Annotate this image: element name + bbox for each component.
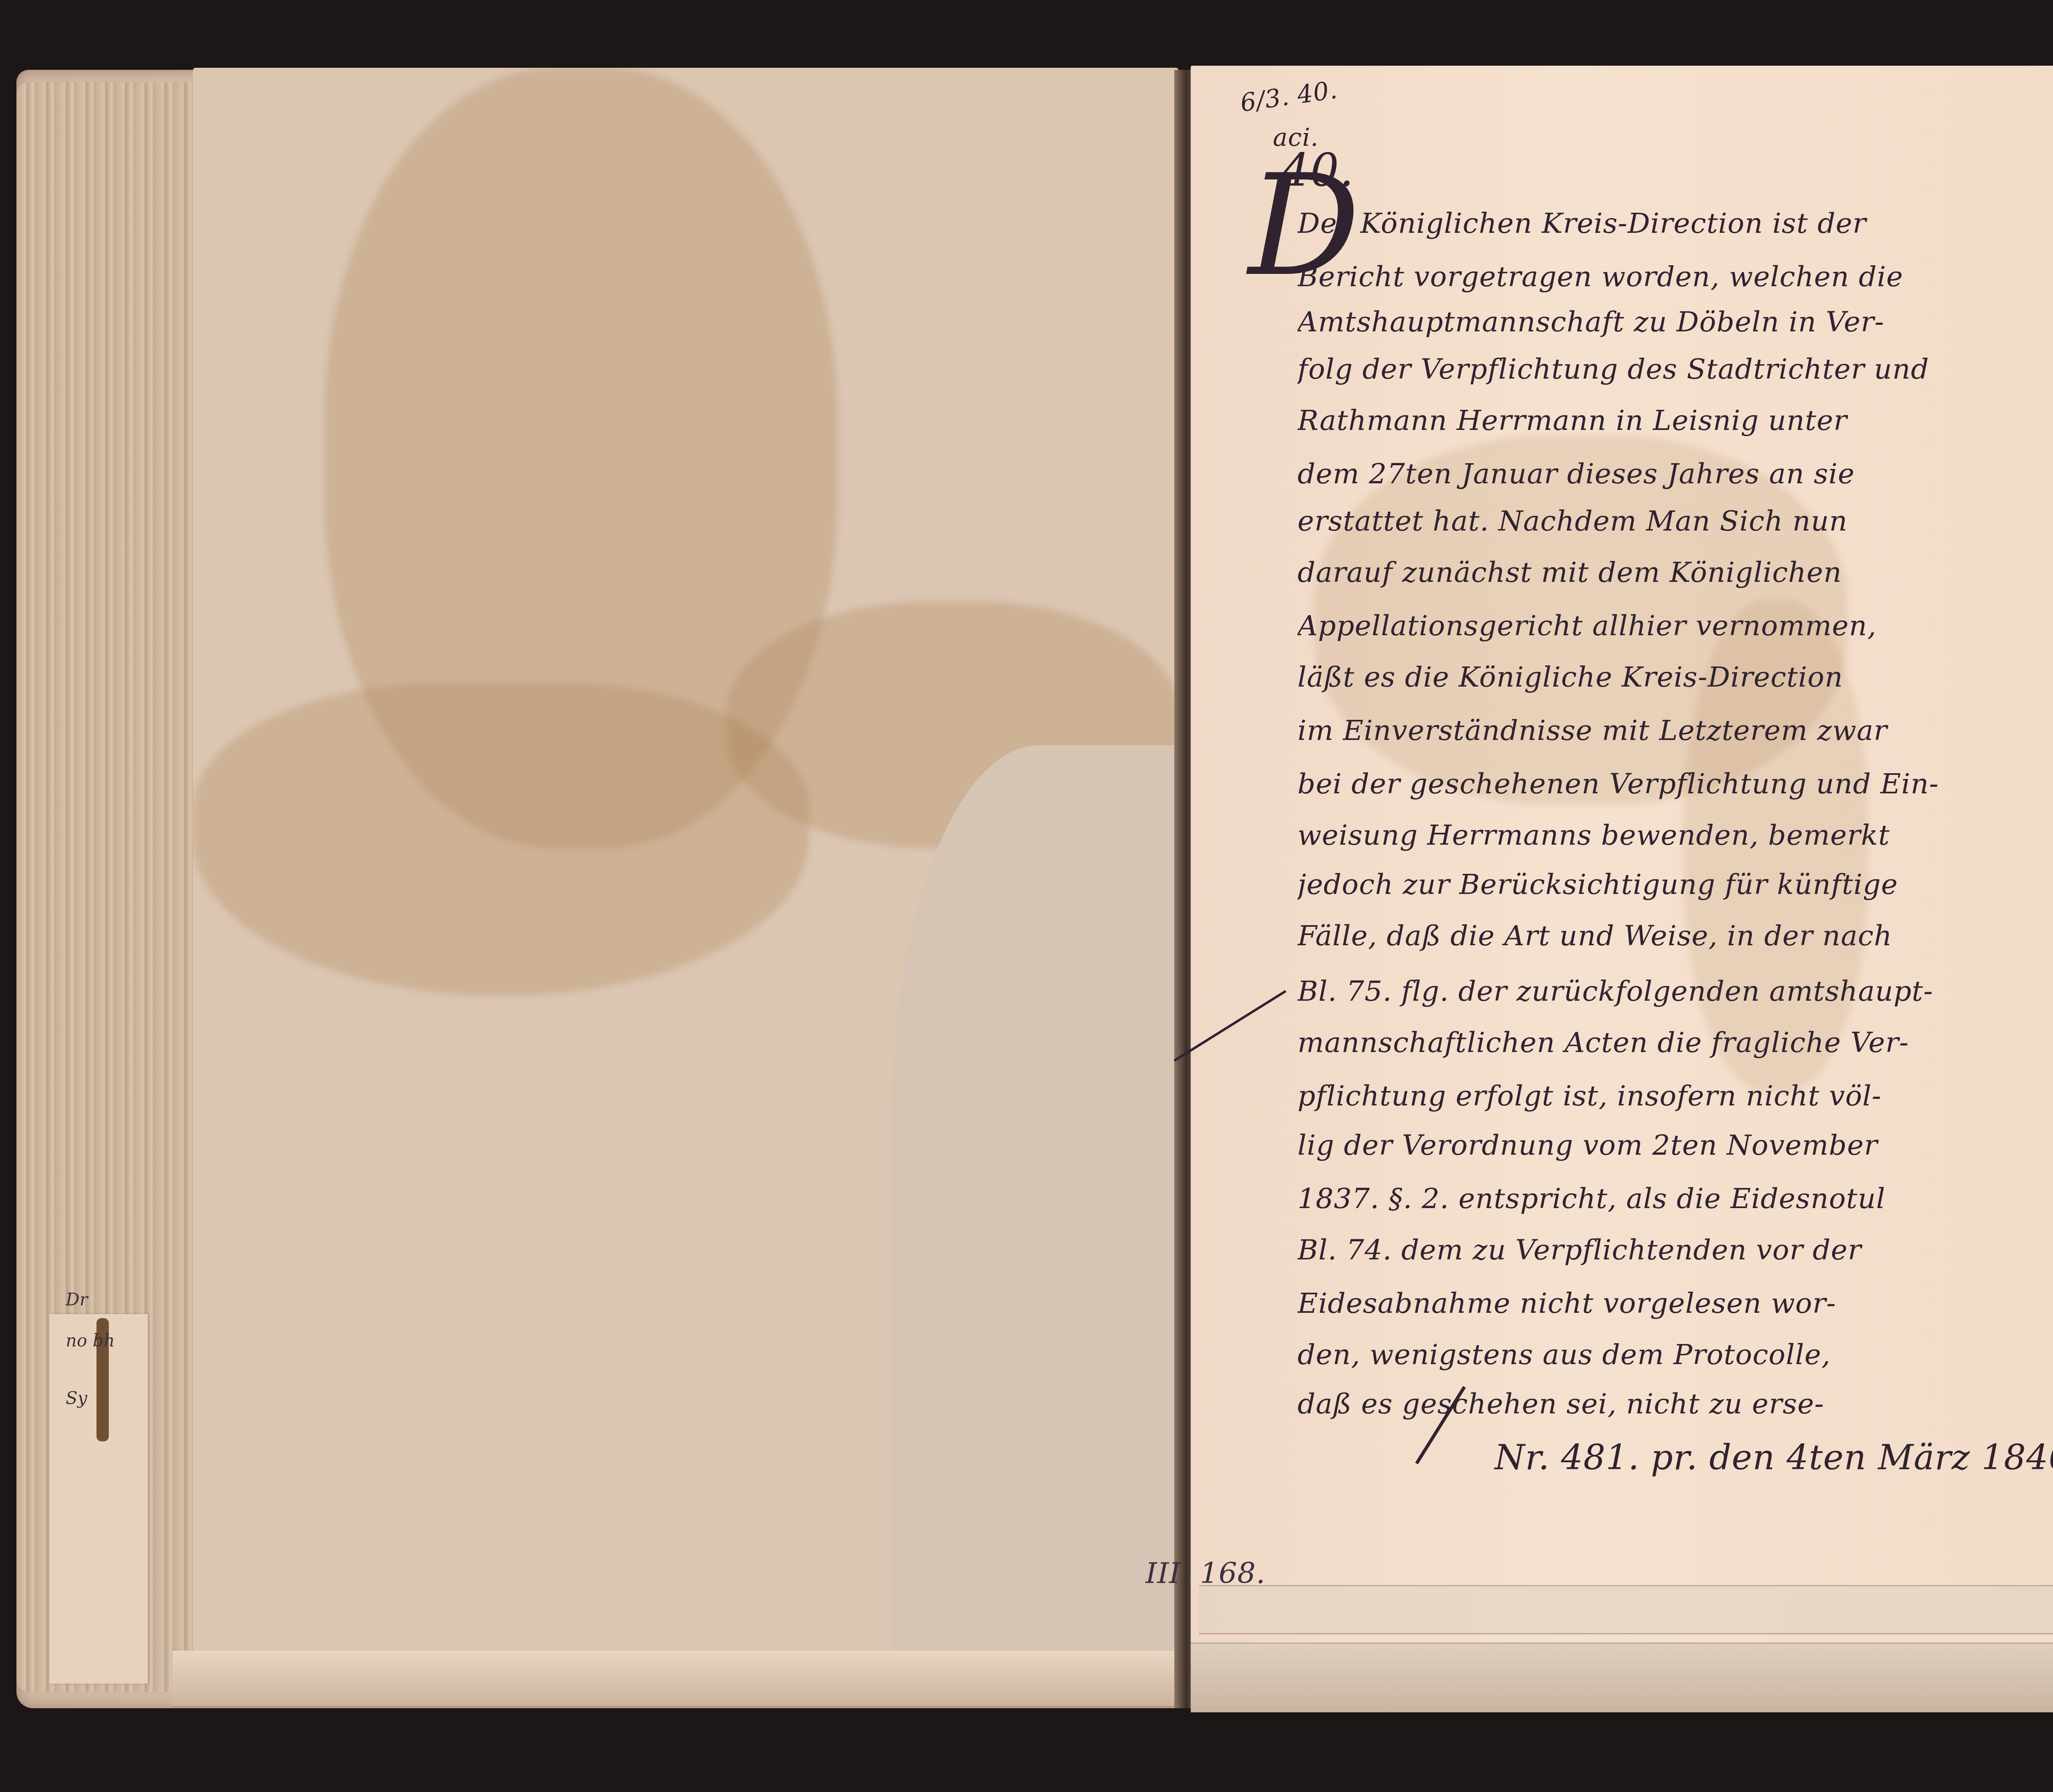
text-line: Appellationsgericht allhier vernommen, bbox=[1297, 610, 2053, 642]
text-line: folg der Verpflichtung des Stadtrichter … bbox=[1297, 353, 2053, 386]
text-line: jedoch zur Berücksichtigung für künftige bbox=[1297, 868, 2053, 901]
registration-note: Nr. 481. pr. den 4ten März 1840. bbox=[1495, 1437, 2053, 1477]
paper-clean-area bbox=[891, 745, 1178, 1653]
text-line: Bl. 75. flg. der zurückfolgenden amtshau… bbox=[1297, 975, 2053, 1008]
right-page-bottom-edge bbox=[1191, 1643, 2053, 1712]
text-line: erstattet hat. Nachdem Man Sich nun bbox=[1297, 505, 2053, 538]
insert-note-fragment: Dr bbox=[66, 1289, 88, 1310]
right-page-bottom-fold bbox=[1199, 1585, 2053, 1634]
text-line: weisung Herrmanns bewenden, bemerkt bbox=[1297, 819, 2053, 852]
text-line: daß es geschehen sei, nicht zu erse- bbox=[1297, 1388, 2053, 1420]
text-line: 1837. §. 2. entspricht, als die Eidesnot… bbox=[1297, 1183, 2053, 1215]
text-line: Fälle, daß die Art und Weise, in der nac… bbox=[1297, 920, 2053, 952]
text-line: im Einverständnisse mit Letzterem zwar bbox=[1297, 715, 2053, 747]
text-line: darauf zunächst mit dem Königlichen bbox=[1297, 556, 2053, 589]
text-line: Bl. 74. dem zu Verpflichtenden vor der bbox=[1297, 1234, 2053, 1266]
insert-note-fragment: no bh bbox=[66, 1330, 115, 1351]
text-line: Bericht vorgetragen worden, welchen die bbox=[1297, 261, 2053, 293]
left-page-blank bbox=[193, 68, 1178, 1653]
archive-signature: III. 168. bbox=[1146, 1556, 1265, 1590]
text-line: Eidesabnahme nicht vorgelesen wor- bbox=[1297, 1287, 2053, 1320]
text-line: lig der Verordnung vom 2ten November bbox=[1297, 1129, 2053, 1162]
text-line: Rathmann Herrmann in Leisnig unter bbox=[1297, 404, 2053, 437]
text-line: dem 27ten Januar dieses Jahres an sie bbox=[1297, 458, 2053, 490]
left-page-bottom-edge bbox=[172, 1651, 1187, 1708]
text-line: mannschaftlichen Acten die fragliche Ver… bbox=[1297, 1027, 2053, 1059]
text-line: bei der geschehenen Verpflichtung und Ei… bbox=[1297, 768, 2053, 800]
text-line: Der Königlichen Kreis-Direction ist der bbox=[1297, 207, 2053, 240]
water-stain bbox=[193, 684, 809, 996]
text-line: Amtshauptmannschaft zu Döbeln in Ver- bbox=[1297, 306, 2053, 338]
text-line: läßt es die Königliche Kreis-Direction bbox=[1297, 661, 2053, 694]
text-line: den, wenigstens aus dem Protocolle, bbox=[1297, 1339, 2053, 1371]
insert-note-fragment: Sy bbox=[66, 1388, 87, 1408]
text-line: pflichtung erfolgt ist, insofern nicht v… bbox=[1297, 1080, 2053, 1112]
